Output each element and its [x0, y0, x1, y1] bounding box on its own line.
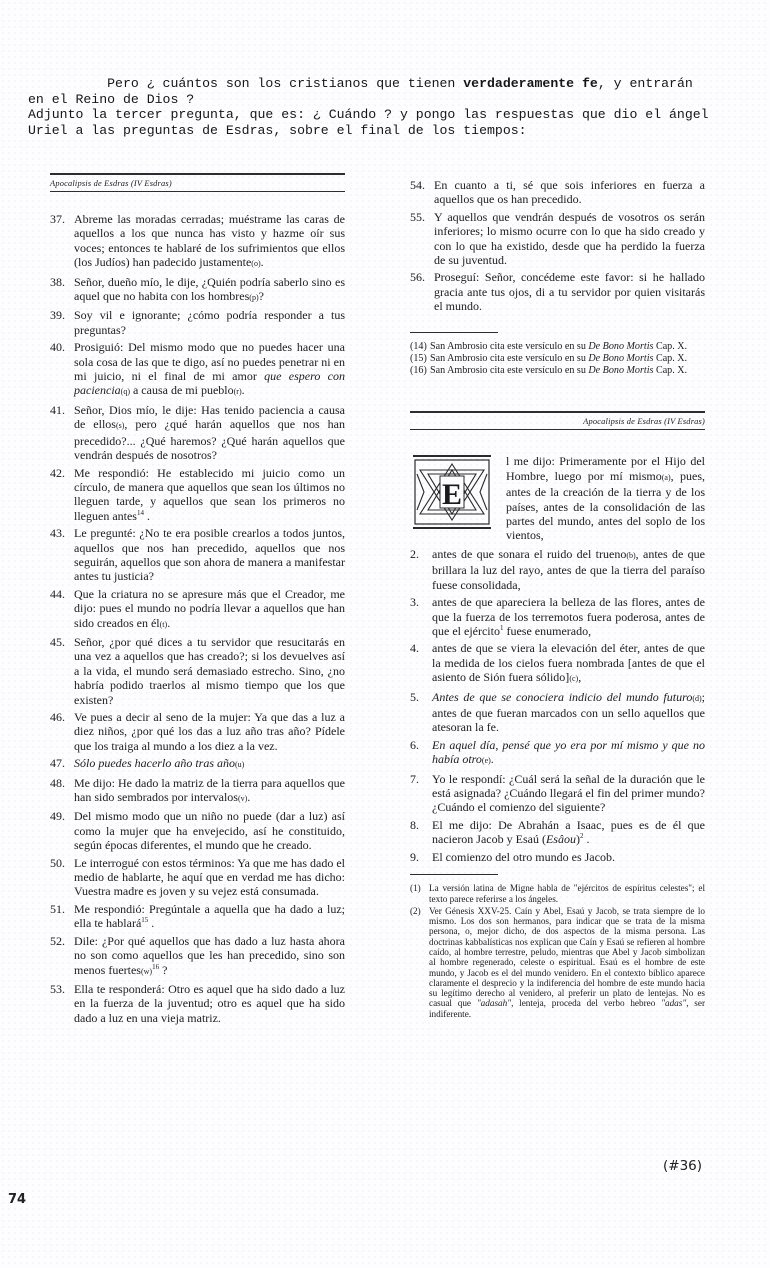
verse-text: Me respondió: Pregúntale a aquella que h…: [74, 902, 345, 931]
left-column: Apocalipsis de Esdras (IV Esdras) 37.Abr…: [50, 168, 345, 1028]
verse-text: Señor, Dios mío, le dije: Has tenido pac…: [74, 403, 345, 463]
verse: 39.Soy vil e ignorante; ¿cómo podría res…: [50, 308, 345, 337]
verse: 45.Señor, ¿por qué dices a tu servidor q…: [50, 635, 345, 707]
verse: 42.Me respondió: He establecido mi juici…: [50, 466, 345, 524]
verse-text: Antes de que se conociera indicio del mu…: [432, 690, 705, 735]
verse-number: 7.: [410, 772, 432, 815]
verse-text: antes de que se viera la elevación del é…: [432, 641, 705, 686]
verse-number: 45.: [50, 635, 74, 707]
intro-line-4: Uriel a las preguntas de Esdras, sobre e…: [28, 123, 748, 139]
verse: 48.Me dijo: He dado la matriz de la tier…: [50, 776, 345, 807]
verse: 6.En aquel día, pensé que yo era por mí …: [410, 738, 705, 769]
footnotes-top: (14)San Ambrosio cita este versículo en …: [410, 341, 705, 377]
verse-text: Proseguí: Señor, concédeme este favor: s…: [434, 270, 705, 313]
running-header-title: Apocalipsis de Esdras (IV Esdras): [410, 413, 705, 429]
verse-number: 41.: [50, 403, 74, 463]
verse-text: Abreme las moradas cerradas; muéstrame l…: [74, 212, 345, 272]
verse-text: Señor, dueño mío, le dije, ¿Quién podría…: [74, 275, 345, 306]
verse-number: 46.: [50, 710, 74, 753]
verse-number: 56.: [410, 270, 434, 313]
running-header-title: Apocalipsis de Esdras (IV Esdras): [50, 175, 345, 191]
footnote: (1)La versión latina de Migne habla de "…: [410, 883, 705, 904]
verse-text: Dile: ¿Por qué aquellos que has dado a l…: [74, 934, 345, 979]
intro-line-3: Adjunto la tercer pregunta, que es: ¿ Cu…: [28, 107, 748, 123]
verse-text: Me dijo: He dado la matriz de la tierra …: [74, 776, 345, 807]
verse-text: Prosiguió: Del mismo modo que no puedes …: [74, 340, 345, 400]
chapter-opening-text: l me dijo: Primeramente por el Hijo del …: [506, 454, 705, 542]
verse-text: Me respondió: He establecido mi juicio c…: [74, 466, 345, 524]
verse-number: 53.: [50, 982, 74, 1025]
verse: 41.Señor, Dios mío, le dije: Has tenido …: [50, 403, 345, 463]
verse: 46.Ve pues a decir al seno de la mujer: …: [50, 710, 345, 753]
verse-list-left: 37.Abreme las moradas cerradas; muéstram…: [50, 212, 345, 1025]
verse-text: Señor, ¿por qué dices a tu servidor que …: [74, 635, 345, 707]
verse-list-right-top: 54.En cuanto a ti, sé que sois inferiore…: [410, 178, 705, 314]
verse-text: El me dijo: De Abrahán a Isaac, pues es …: [432, 818, 705, 847]
intro-text: Pero ¿ cuántos son los cristianos que ti…: [28, 76, 748, 138]
verse: 54.En cuanto a ti, sé que sois inferiore…: [410, 178, 705, 207]
verse: 37.Abreme las moradas cerradas; muéstram…: [50, 212, 345, 272]
verse-text: El comienzo del otro mundo es Jacob.: [432, 850, 705, 864]
verse-text: Soy vil e ignorante; ¿cómo podría respon…: [74, 308, 345, 337]
verse-number: 38.: [50, 275, 74, 306]
intro-bold-phrase: verdaderamente fe: [463, 76, 598, 91]
footnote-number: (15): [410, 353, 430, 364]
running-header-left: Apocalipsis de Esdras (IV Esdras): [50, 168, 345, 198]
verse: 7.Yo le respondí: ¿Cuál será la señal de…: [410, 772, 705, 815]
ornamental-initial-e-icon: E: [412, 454, 492, 530]
verse-number: 37.: [50, 212, 74, 272]
running-header-right: Apocalipsis de Esdras (IV Esdras): [410, 406, 705, 436]
verse: 4.antes de que se viera la elevación del…: [410, 641, 705, 686]
verse-text: Ella te responderá: Otro es aquel que ha…: [74, 982, 345, 1025]
verse-number: 51.: [50, 902, 74, 931]
intro-line-2: en el Reino de Dios ?: [28, 92, 748, 108]
footnote-number: (1): [410, 883, 429, 904]
verse-number: 43.: [50, 526, 74, 584]
footnote-number: (2): [410, 906, 429, 1019]
footnote-separator: [410, 332, 498, 333]
verse-number: 49.: [50, 809, 74, 852]
footnote: (14)San Ambrosio cita este versículo en …: [410, 341, 705, 352]
verse-number: 52.: [50, 934, 74, 979]
verse: 38.Señor, dueño mío, le dije, ¿Quién pod…: [50, 275, 345, 306]
verse-number: 3.: [410, 595, 432, 638]
verse-text: En aquel día, pensé que yo era por mí mi…: [432, 738, 705, 769]
verse-text: Sólo puedes hacerlo año tras año(u): [74, 756, 345, 772]
verse-text: Que la criatura no se apresure más que e…: [74, 587, 345, 632]
verse-text: Ve pues a decir al seno de la mujer: Ya …: [74, 710, 345, 753]
verse-number: 9.: [410, 850, 432, 864]
svg-text:E: E: [442, 478, 462, 511]
verse-number: 44.: [50, 587, 74, 632]
verse: 56.Proseguí: Señor, concédeme este favor…: [410, 270, 705, 313]
page-number: 74: [8, 1192, 26, 1207]
verse-number: 54.: [410, 178, 434, 207]
verse-number: 55.: [410, 210, 434, 268]
verse-text: antes de que sonara el ruido del trueno(…: [432, 547, 705, 592]
verse-number: 6.: [410, 738, 432, 769]
verse: 8.El me dijo: De Abrahán a Isaac, pues e…: [410, 818, 705, 847]
right-column: 54.En cuanto a ti, sé que sois inferiore…: [410, 178, 705, 1021]
verse-text: Le pregunté: ¿No te era posible crearlos…: [74, 526, 345, 584]
verse-number: 40.: [50, 340, 74, 400]
footnote-text: San Ambrosio cita este versículo en su D…: [430, 341, 705, 352]
verse: 55.Y aquellos que vendrán después de vos…: [410, 210, 705, 268]
footnote-text: San Ambrosio cita este versículo en su D…: [430, 353, 705, 364]
footnote-text: Ver Génesis XXV-25. Caín y Abel, Esaú y …: [429, 906, 705, 1019]
footnote: (15)San Ambrosio cita este versículo en …: [410, 353, 705, 364]
header-rule-bottom: [410, 429, 705, 431]
header-rule-bottom: [50, 191, 345, 193]
verse-number: 48.: [50, 776, 74, 807]
footnote-text: La versión latina de Migne habla de "ejé…: [429, 883, 705, 904]
verse-number: 42.: [50, 466, 74, 524]
footnote-number: (14): [410, 341, 430, 352]
verse-number: 39.: [50, 308, 74, 337]
verse-number: 47.: [50, 756, 74, 772]
verse: 40.Prosiguió: Del mismo modo que no pued…: [50, 340, 345, 400]
verse: 3.antes de que apareciera la belleza de …: [410, 595, 705, 638]
verse-text: Le interrogué con estos términos: Ya que…: [74, 856, 345, 899]
verse: 50.Le interrogué con estos términos: Ya …: [50, 856, 345, 899]
footnote-number: (16): [410, 365, 430, 376]
verse-text: Del mismo modo que un niño no puede (dar…: [74, 809, 345, 852]
verse: 44.Que la criatura no se apresure más qu…: [50, 587, 345, 632]
footnotes-bottom: (1)La versión latina de Migne habla de "…: [410, 883, 705, 1019]
footnote: (2)Ver Génesis XXV-25. Caín y Abel, Esaú…: [410, 906, 705, 1019]
verse: 53.Ella te responderá: Otro es aquel que…: [50, 982, 345, 1025]
verse-text: antes de que apareciera la belleza de la…: [432, 595, 705, 638]
verse: 2.antes de que sonara el ruido del truen…: [410, 547, 705, 592]
footnote-text: San Ambrosio cita este versículo en su D…: [430, 365, 705, 376]
verse-text: Yo le respondí: ¿Cuál será la señal de l…: [432, 772, 705, 815]
verse-list-right: 2.antes de que sonara el ruido del truen…: [410, 547, 705, 864]
intro-line-1: Pero ¿ cuántos son los cristianos que ti…: [28, 76, 748, 92]
verse-number: 8.: [410, 818, 432, 847]
verse-number: 4.: [410, 641, 432, 686]
verse: 47.Sólo puedes hacerlo año tras año(u): [50, 756, 345, 772]
verse: 49.Del mismo modo que un niño no puede (…: [50, 809, 345, 852]
verse-number: 5.: [410, 690, 432, 735]
verse: 43.Le pregunté: ¿No te era posible crear…: [50, 526, 345, 584]
verse: 5.Antes de que se conociera indicio del …: [410, 690, 705, 735]
footnote-separator: [410, 874, 498, 875]
footnote: (16)San Ambrosio cita este versículo en …: [410, 365, 705, 376]
reference-tag: (#36): [663, 1158, 702, 1174]
verse-number: 2.: [410, 547, 432, 592]
verse: 51.Me respondió: Pregúntale a aquella qu…: [50, 902, 345, 931]
verse-number: 50.: [50, 856, 74, 899]
chapter-opening: E l me dijo: Primeramente por el Hijo de…: [410, 454, 705, 542]
verse: 52.Dile: ¿Por qué aquellos que has dado …: [50, 934, 345, 979]
verse-text: Y aquellos que vendrán después de vosotr…: [434, 210, 705, 268]
verse: 9.El comienzo del otro mundo es Jacob.: [410, 850, 705, 864]
verse-text: En cuanto a ti, sé que sois inferiores e…: [434, 178, 705, 207]
